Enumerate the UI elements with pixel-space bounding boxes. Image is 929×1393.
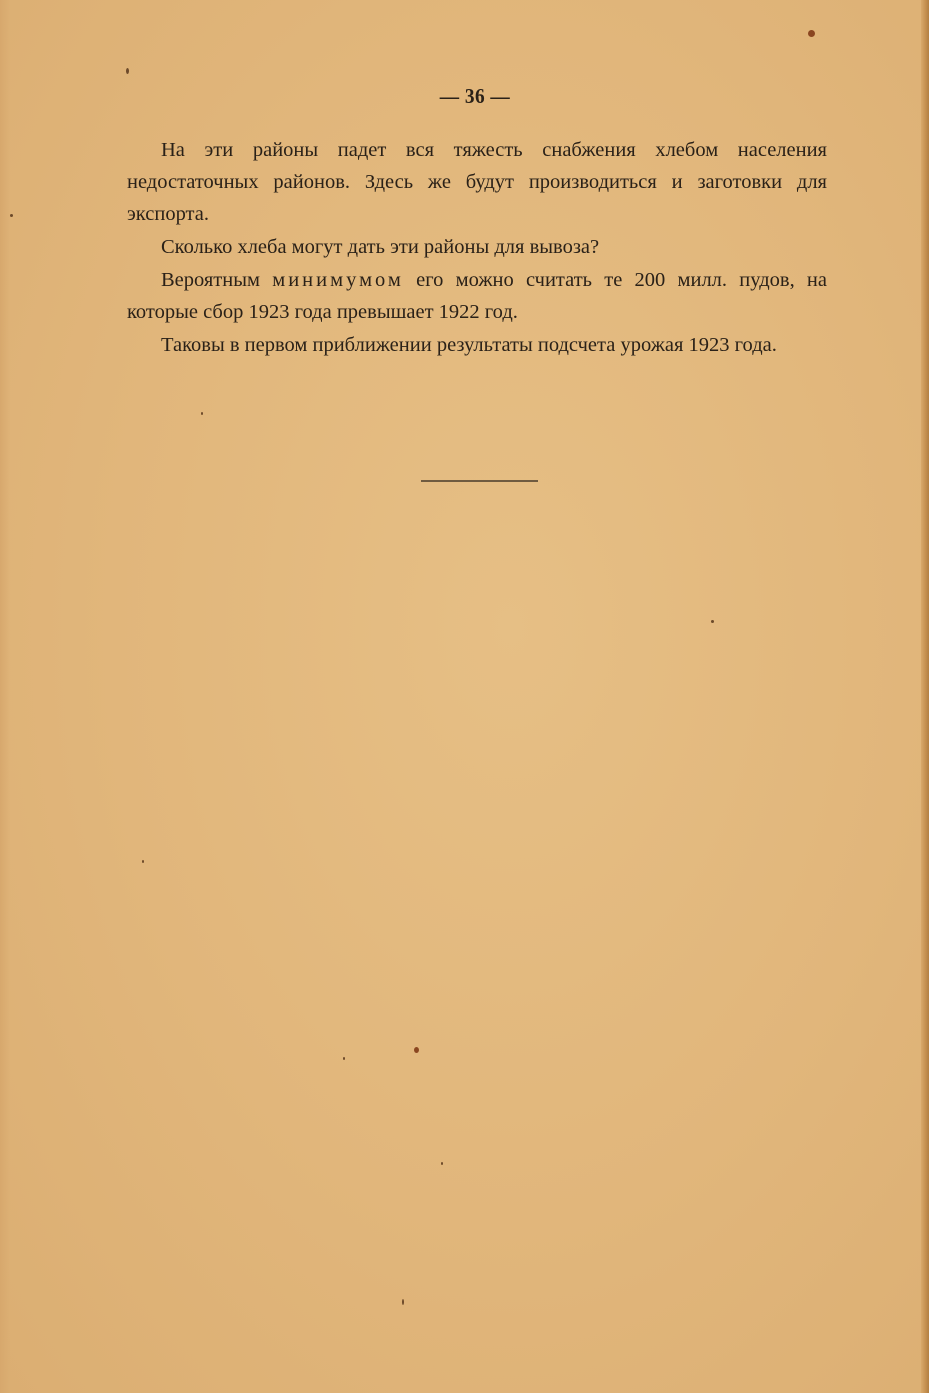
page-right-edge <box>921 0 929 1393</box>
minimum-text-before: Вероятным <box>161 269 272 291</box>
minimum-emphasis: минимумом <box>272 269 404 291</box>
paper-speck <box>343 1057 345 1060</box>
paper-speck <box>126 68 129 74</box>
page-left-edge <box>0 0 10 1393</box>
section-separator <box>421 480 538 482</box>
paper-speck <box>10 214 13 217</box>
page-number: — 36 — <box>38 84 912 109</box>
paper-speck <box>402 1299 404 1305</box>
paper-speck <box>414 1047 419 1053</box>
scanned-page: — 36 — На эти районы падет вся тяжесть с… <box>0 0 929 1393</box>
paper-speck <box>711 620 714 623</box>
paragraph-question: Сколько хлеба могут дать эти районы для … <box>127 231 827 263</box>
paper-speck <box>441 1162 443 1165</box>
paragraph-supply-burden: На эти районы падет вся тяжесть снабжени… <box>127 134 827 230</box>
paper-speck <box>808 30 815 37</box>
body-text: На эти районы падет вся тяжесть снабжени… <box>127 134 827 362</box>
paragraph-minimum: Вероятным минимумом его можно считать те… <box>127 264 827 328</box>
paper-speck <box>201 412 203 415</box>
paragraph-conclusion: Таковы в первом приближении результаты п… <box>127 329 827 361</box>
paper-speck <box>142 860 144 863</box>
